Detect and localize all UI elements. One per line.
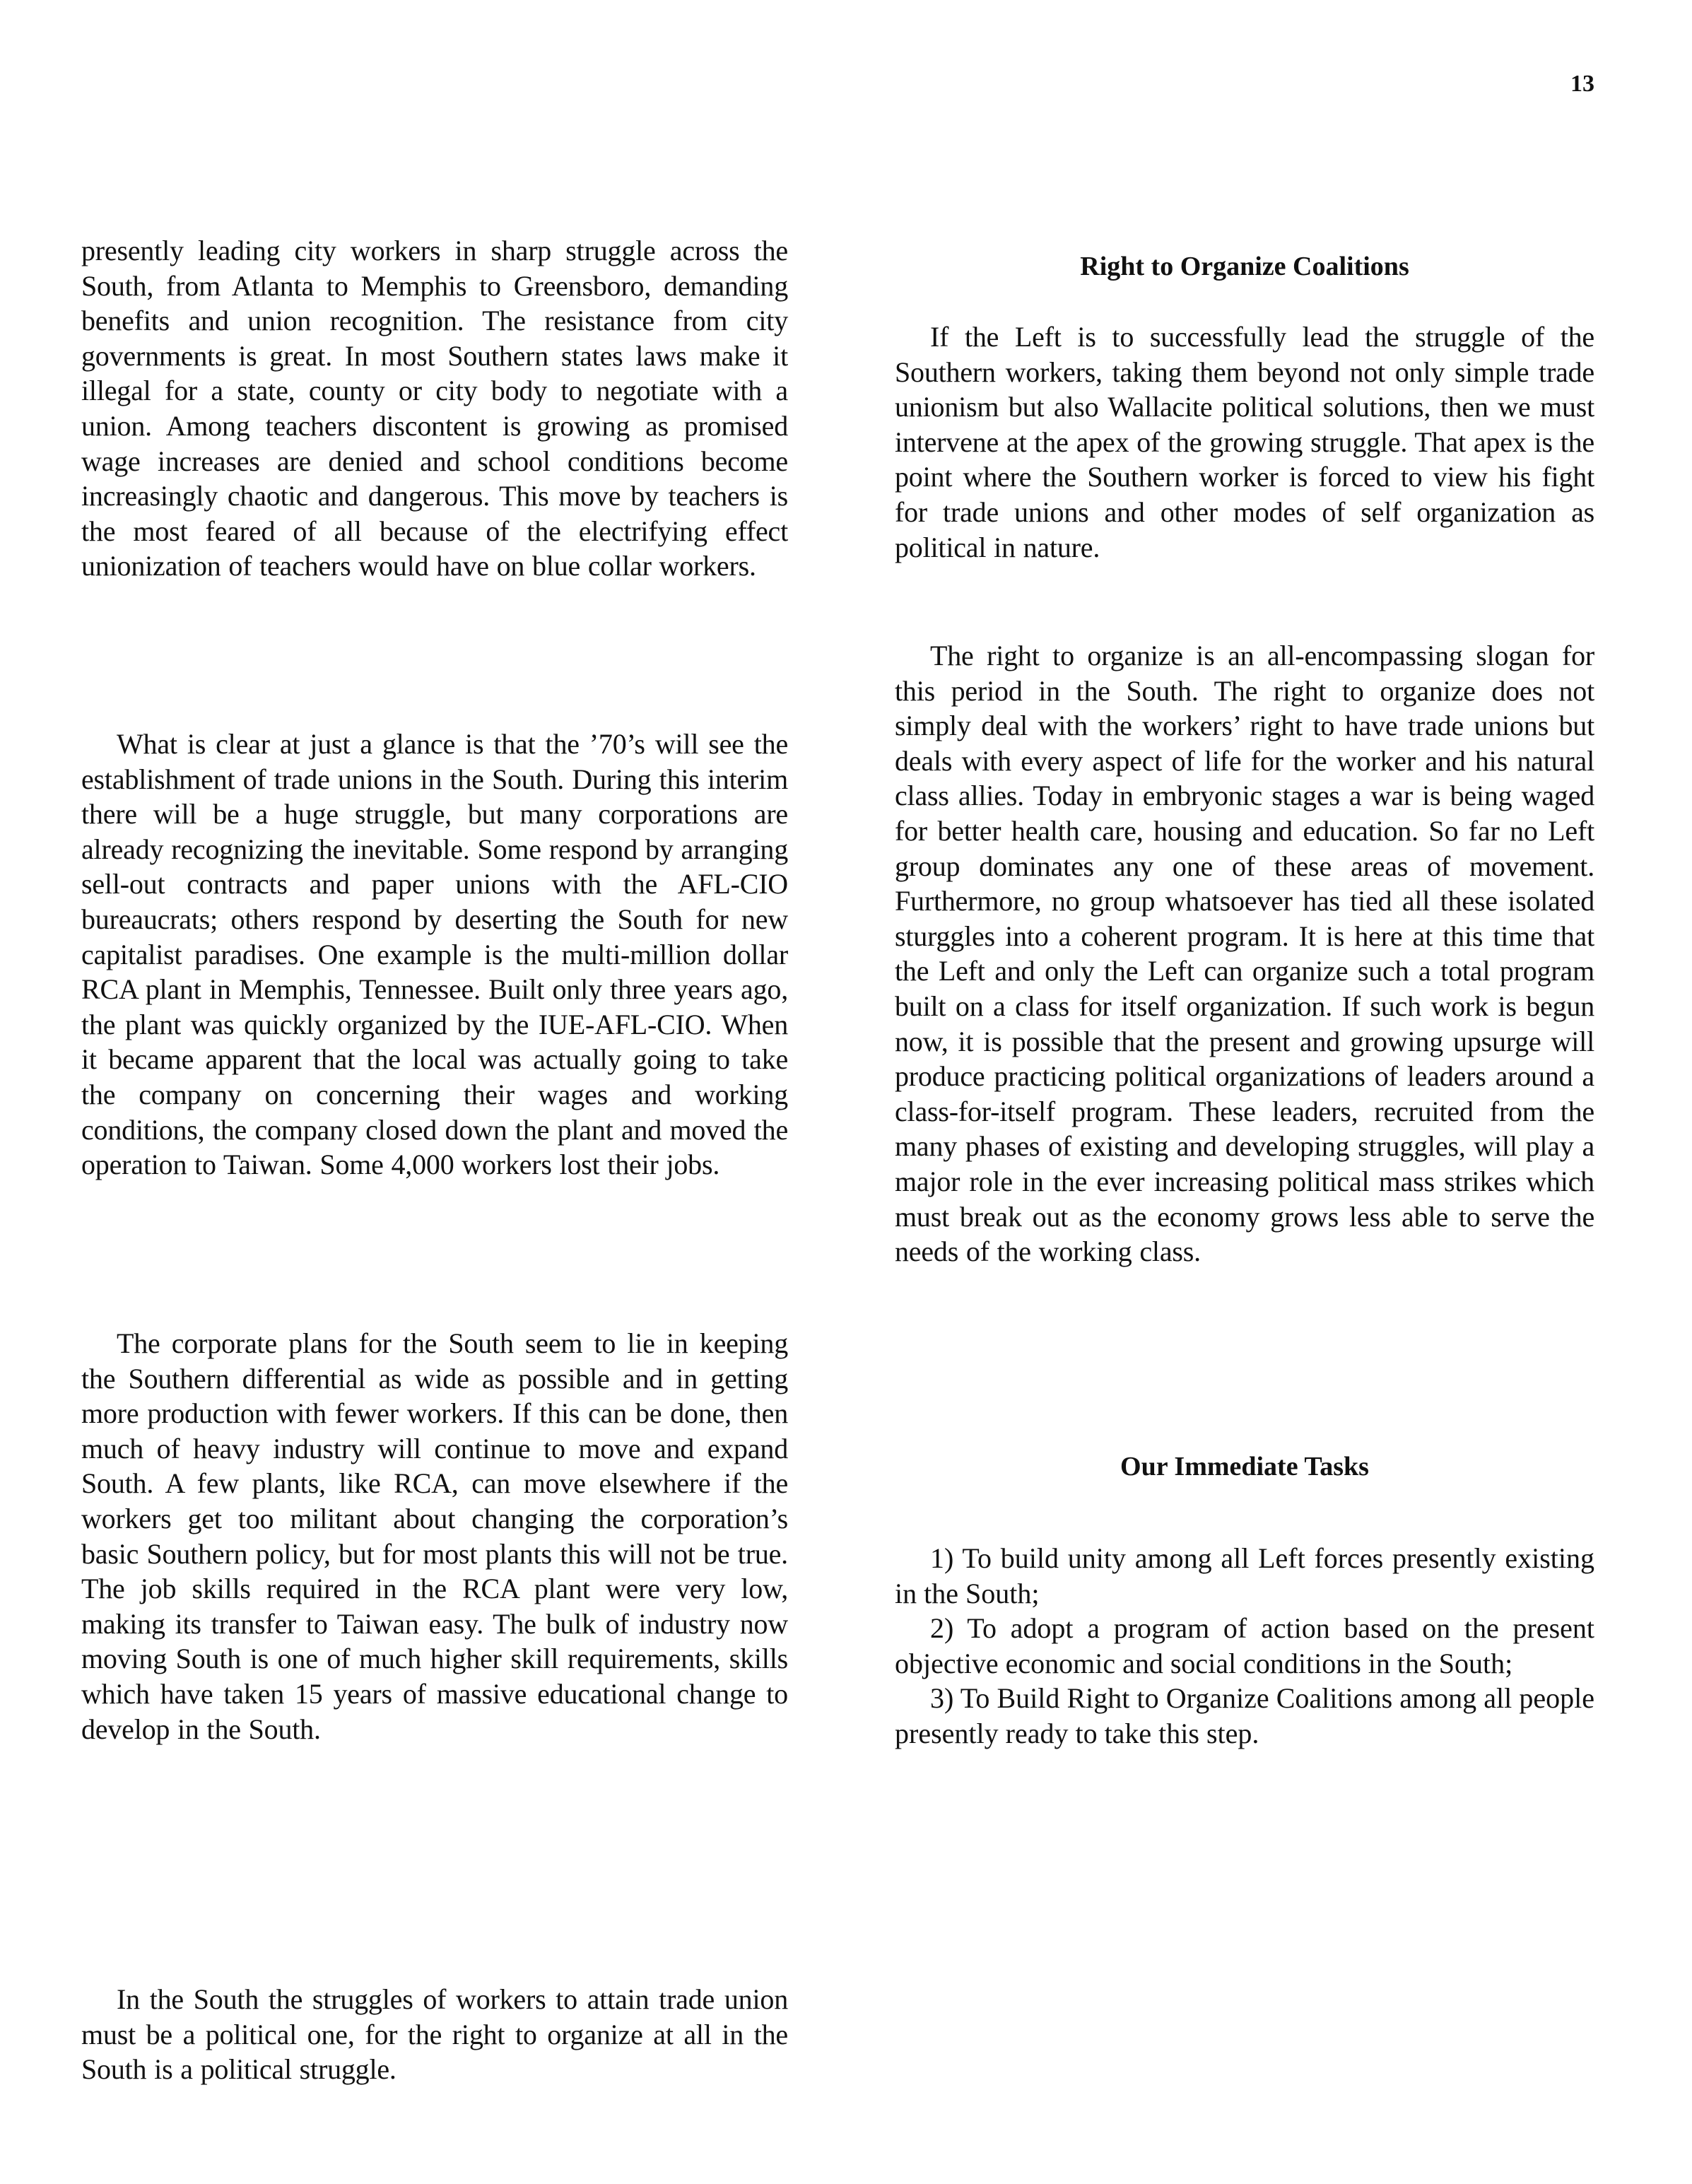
task-item: 3) To Build Right to Organize Coalitions… xyxy=(895,1681,1594,1751)
paragraph-seventies-trade-unions: What is clear at just a glance is that t… xyxy=(81,727,788,1182)
paragraph-corporate-plans: The corporate plans for the South seem t… xyxy=(81,1326,788,1746)
paragraph-right-to-organize-slogan: The right to organize is an all-encompas… xyxy=(895,638,1594,1269)
page-number: 13 xyxy=(1570,71,1594,98)
task-item: 2) To adopt a program of action based on… xyxy=(895,1611,1594,1681)
paragraph-city-workers: presently leading city workers in sharp … xyxy=(81,233,788,584)
task-list: 1) To build unity among all Left forces … xyxy=(895,1541,1594,1751)
section-heading-immediate-tasks: Our Immediate Tasks xyxy=(895,1449,1594,1484)
task-item: 1) To build unity among all Left forces … xyxy=(895,1541,1594,1611)
paragraph-left-lead-struggle: If the Left is to successfully lead the … xyxy=(895,319,1594,565)
paragraph-political-struggle: In the South the struggles of workers to… xyxy=(81,1982,788,2087)
section-heading-right-to-organize: Right to Organize Coalitions xyxy=(895,249,1594,284)
